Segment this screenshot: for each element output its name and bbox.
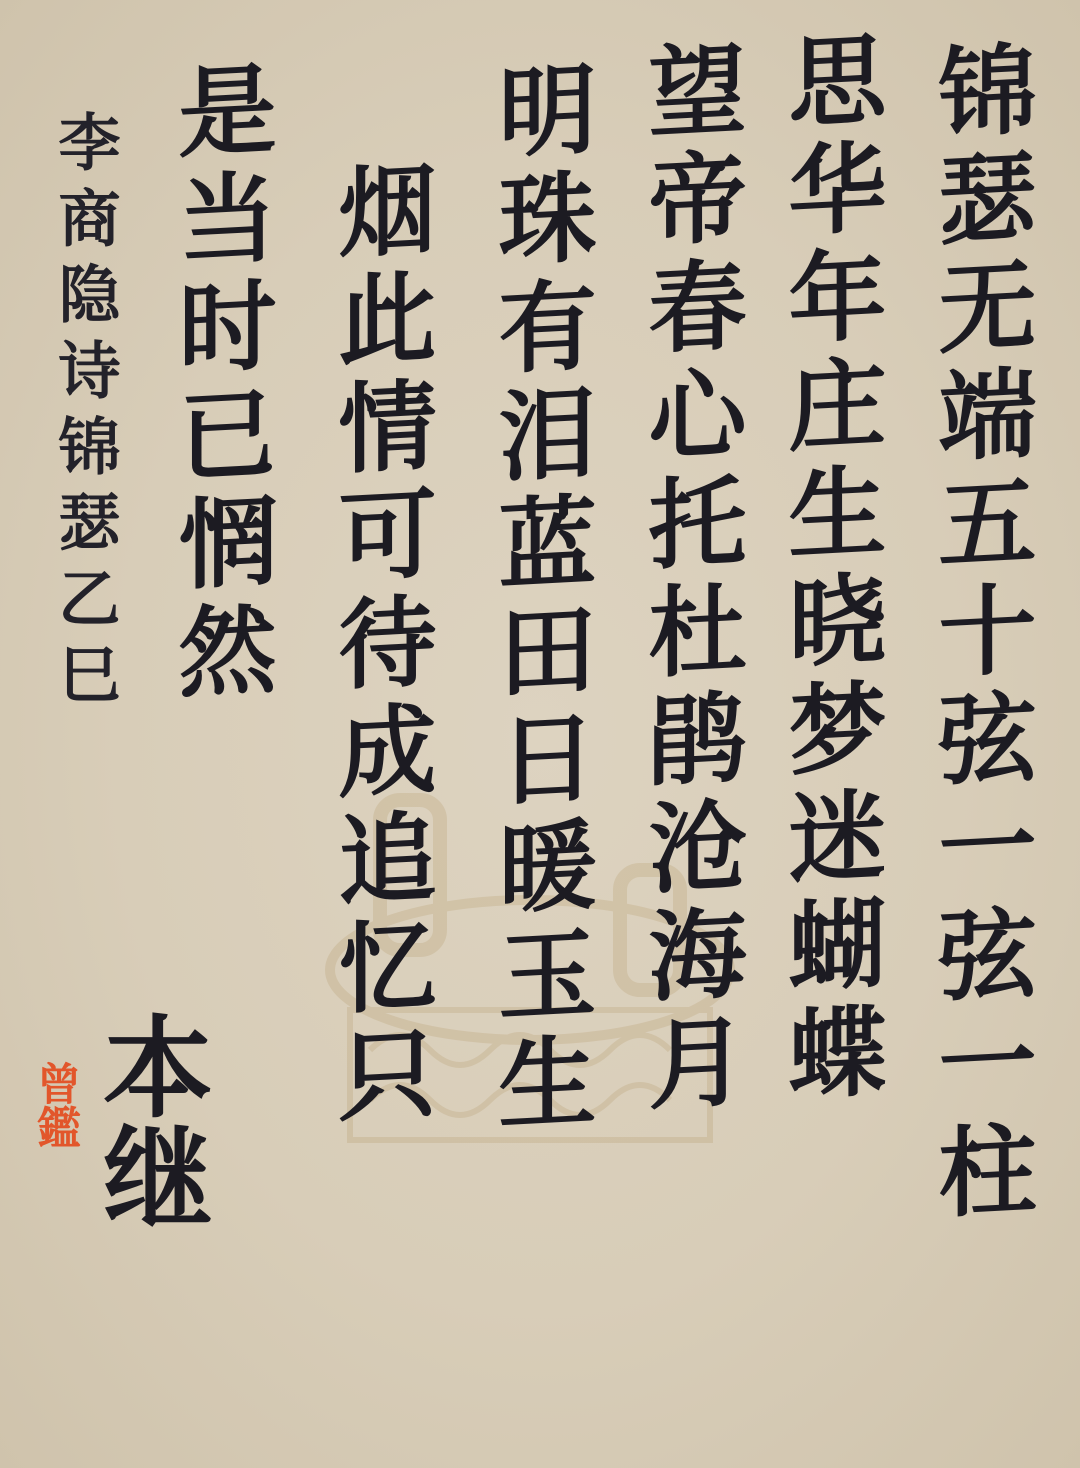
calligraphy-paper: 锦瑟无端五十弦一弦一柱 思华年庄生晓梦迷蝴蝶 望帝春心托杜鹃沧海月 明珠有泪蓝田…: [0, 0, 1080, 1468]
poem-column-3: 望帝春心托杜鹃沧海月: [640, 37, 738, 1122]
poem-column-2: 思华年庄生晓梦迷蝴蝶: [780, 27, 878, 1112]
poem-column-4: 明珠有泪蓝田日暖玉生: [490, 57, 588, 1142]
red-seal-stamp: 曾鑑: [30, 1050, 78, 1160]
poem-column-6: 是当时已惘然: [170, 57, 268, 710]
poem-column-1: 锦瑟无端五十弦一弦一柱: [930, 37, 1028, 1230]
poem-column-5: 烟此情可待成追忆只: [330, 157, 428, 1134]
inscription: 李商隐诗锦瑟乙巳: [40, 110, 129, 718]
artist-signature: 本继: [70, 1010, 228, 1230]
